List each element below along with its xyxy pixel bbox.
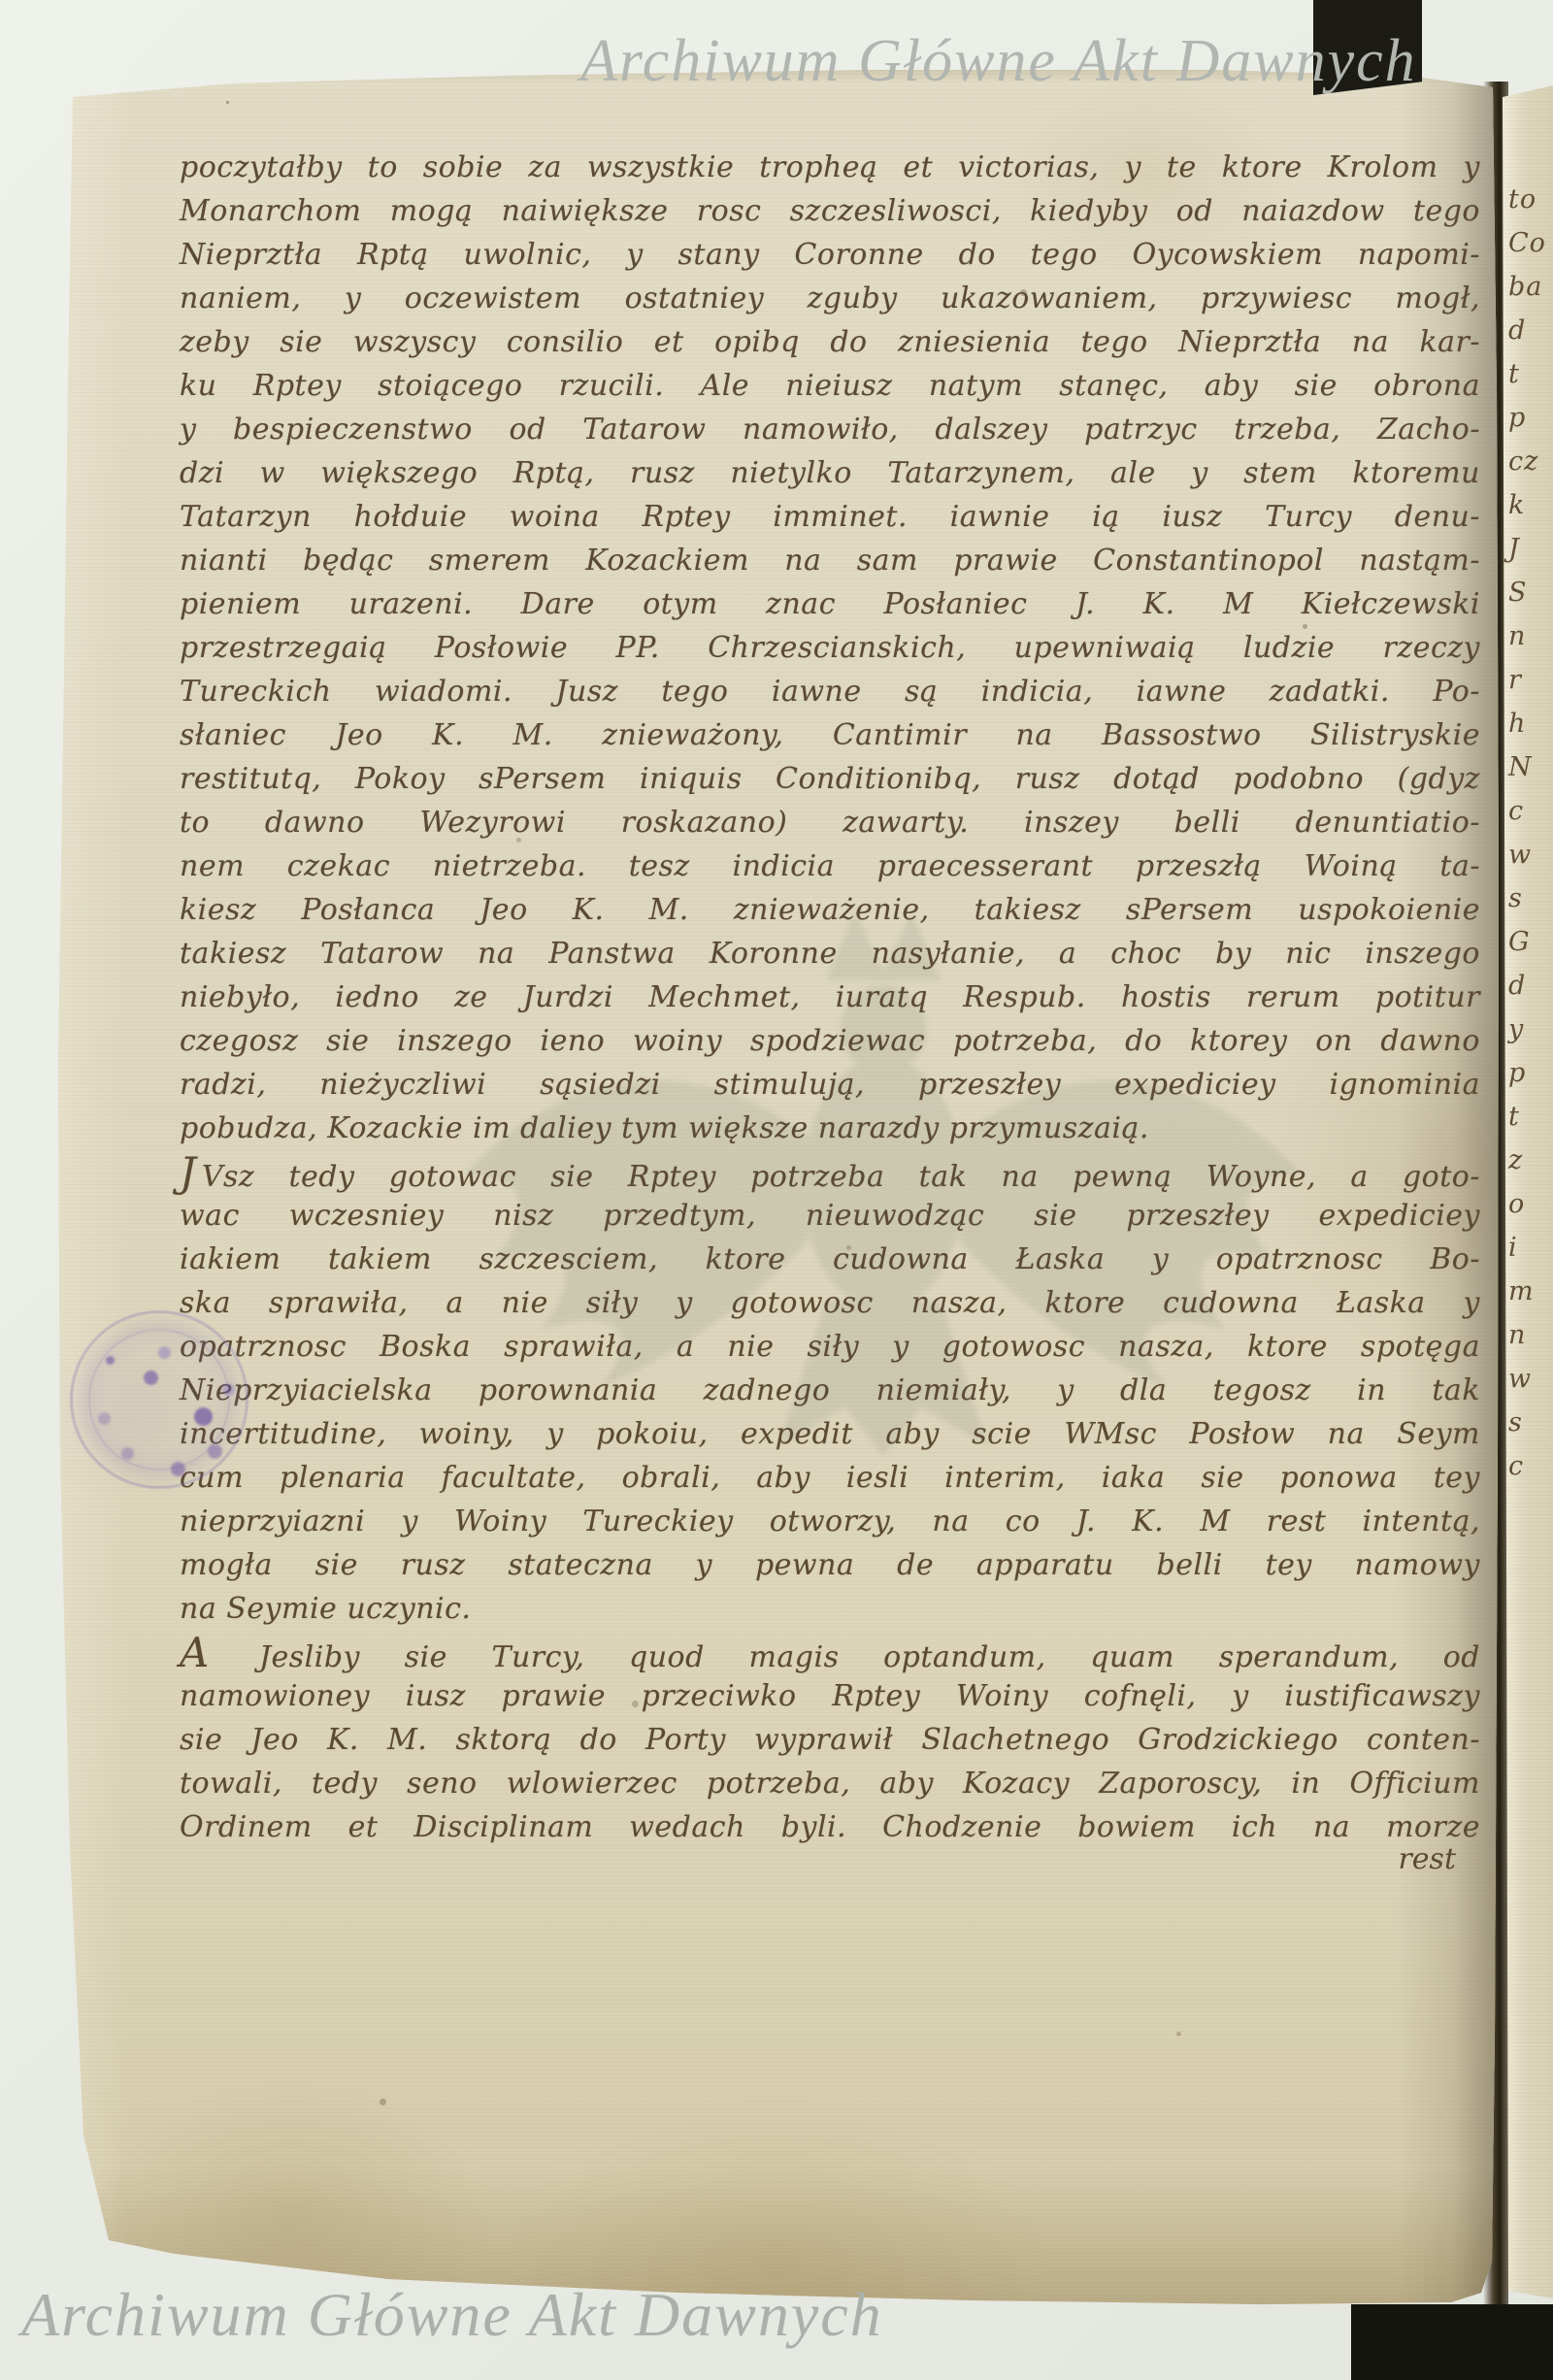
manuscript-line: niebyło, iedno ze Jurdzi Mechmet, iuratq… — [180, 975, 1480, 1019]
manuscript-page: poczytałby to sobie za wszystkie tropheą… — [0, 0, 1553, 2380]
manuscript-line: y bespieczenstwo od Tatarow namowiło, da… — [180, 408, 1480, 451]
adjacent-line-fragment: p — [1508, 403, 1526, 433]
scan-canvas: poczytałby to sobie za wszystkie tropheą… — [0, 0, 1553, 2380]
manuscript-line: takiesz Tatarow na Panstwa Koronne nasył… — [180, 932, 1480, 975]
manuscript-line: towali, tedy seno wlowierzec potrzeba, a… — [180, 1762, 1480, 1805]
manuscript-line: Tatarzyn hołduie woina Rptey imminet. ia… — [180, 495, 1480, 539]
adjacent-line-fragment: h — [1508, 709, 1526, 739]
adjacent-line-fragment: i — [1508, 1233, 1518, 1263]
adjacent-line-fragment: z — [1508, 1145, 1523, 1175]
manuscript-line: dzi w większego Rptą, rusz nietylko Tata… — [180, 451, 1480, 495]
manuscript-line: pieniem urazeni. Dare otym znac Posłanie… — [180, 582, 1480, 626]
adjacent-line-fragment: y — [1508, 1014, 1524, 1044]
adjacent-line-fragment: ba — [1508, 272, 1542, 302]
manuscript-line: sie Jeo K. M. sktorą do Porty wyprawił S… — [180, 1718, 1480, 1762]
adjacent-line-fragment: t — [1508, 1102, 1520, 1132]
manuscript-line: nem czekac nietrzeba. tesz indicia praec… — [180, 844, 1480, 888]
manuscript-line: Nieprzyiacielska porownania zadnego niem… — [180, 1369, 1480, 1412]
catchword: rest — [1301, 1842, 1456, 1876]
manuscript-line: iakiem takiem szczesciem, ktore cudowna … — [180, 1238, 1480, 1281]
manuscript-line: kiesz Posłanca Jeo K. M. znieważenie, ta… — [180, 888, 1480, 932]
manuscript-line: Monarchom mogą naiwiększe rosc szczesliw… — [180, 189, 1480, 233]
manuscript-line: słaniec Jeo K. M. znieważony, Cantimir n… — [180, 713, 1480, 757]
adjacent-line-fragment: n — [1508, 1320, 1526, 1350]
adjacent-line-fragment: Co — [1508, 228, 1546, 258]
adjacent-line-fragment: o — [1508, 1189, 1525, 1219]
manuscript-line: pobudza, Kozackie im daliey tym większe … — [180, 1107, 1480, 1150]
manuscript-line: wac wczesniey nisz przedtym, nieuwodząc … — [180, 1194, 1480, 1238]
adjacent-page-edge: toCobadtpczkJSnrhNcwsGdyptzoimnwsc — [1503, 85, 1553, 2298]
adjacent-line-fragment: d — [1508, 971, 1526, 1001]
adjacent-line-fragment: c — [1508, 796, 1524, 826]
adjacent-line-fragment: s — [1508, 883, 1523, 913]
manuscript-line: restitutq, Pokoy sPersem iniquis Conditi… — [180, 757, 1480, 801]
manuscript-line: opatrznosc Boska sprawiła, a nie siły y … — [180, 1325, 1480, 1369]
calibration-strip-top — [1313, 0, 1422, 95]
archival-stamp — [70, 1310, 248, 1489]
manuscript-line: radzi, nieżyczliwi sąsiedzi stimulują, p… — [180, 1063, 1480, 1107]
adjacent-line-fragment: J — [1508, 534, 1520, 564]
manuscript-line: naniem, y oczewistem ostatniey zguby uka… — [180, 277, 1480, 320]
page-top-edge-shadow — [58, 58, 1504, 83]
adjacent-line-fragment: m — [1508, 1276, 1535, 1306]
archival-stamp-inner-ring — [88, 1329, 230, 1471]
paper-specks — [226, 101, 229, 104]
manuscript-line: to dawno Wezyrowi roskazano) zawarty. in… — [180, 801, 1480, 844]
archival-stamp-ink-spots — [106, 1356, 115, 1365]
adjacent-line-fragment: w — [1508, 1364, 1532, 1394]
adjacent-line-fragment: k — [1508, 490, 1525, 520]
manuscript-line: incertitudine, woiny, y pokoiu, expedit … — [180, 1412, 1480, 1456]
adjacent-line-fragment: n — [1508, 621, 1526, 651]
manuscript-line: namowioney iusz prawie przeciwko Rptey W… — [180, 1674, 1480, 1718]
adjacent-line-fragment: G — [1508, 927, 1531, 957]
manuscript-line: JVsz tedy gotowac sie Rptey potrzeba tak… — [180, 1150, 1480, 1194]
manuscript-line: nianti będąc smerem Kozackiem na sam pra… — [180, 539, 1480, 582]
adjacent-line-fragment: s — [1508, 1407, 1523, 1438]
manuscript-line: ku Rptey stoiącego rzucili. Ale nieiusz … — [180, 364, 1480, 408]
manuscript-line: poczytałby to sobie za wszystkie tropheą… — [180, 146, 1480, 189]
adjacent-line-fragment: r — [1508, 665, 1522, 695]
manuscript-line: czegosz sie inszego ieno woiny spodziewa… — [180, 1019, 1480, 1063]
manuscript-line: nieprzyiazni y Woiny Tureckiey otworzy, … — [180, 1500, 1480, 1543]
manuscript-line: ska sprawiła, a nie siły y gotowosc nasz… — [180, 1281, 1480, 1325]
adjacent-line-fragment: d — [1508, 315, 1526, 346]
manuscript-line: na Seymie uczynic. — [180, 1587, 1480, 1631]
manuscript-line: mogła sie rusz stateczna y pewna de appa… — [180, 1543, 1480, 1587]
manuscript-line: A Jesliby sie Turcy, quod magis optandum… — [180, 1631, 1480, 1674]
adjacent-line-fragment: c — [1508, 1451, 1524, 1481]
adjacent-line-fragment: N — [1508, 752, 1533, 782]
adjacent-line-fragment: p — [1508, 1058, 1526, 1088]
manuscript-line: Tureckich wiadomi. Jusz tego iawne są in… — [180, 670, 1480, 713]
manuscript-line: Nieprztła Rptą uwolnic, y stany Coronne … — [180, 233, 1480, 277]
manuscript-line: Ordinem et Disciplinam wedach byli. Chod… — [180, 1805, 1480, 1849]
manuscript-line: przestrzegaią Posłowie PP. Chrzescianski… — [180, 626, 1480, 670]
manuscript-line: zeby sie wszyscy consilio et opibq do zn… — [180, 320, 1480, 364]
adjacent-line-fragment: t — [1508, 359, 1520, 389]
adjacent-line-fragment: cz — [1508, 446, 1538, 477]
adjacent-line-fragment: S — [1508, 578, 1528, 608]
calibration-strip-bottom — [1351, 2304, 1553, 2380]
adjacent-line-fragment: w — [1508, 840, 1532, 870]
manuscript-line: cum plenaria facultate, obrali, aby iesl… — [180, 1456, 1480, 1500]
adjacent-line-fragment: to — [1508, 184, 1536, 215]
manuscript-text-block: poczytałby to sobie za wszystkie tropheą… — [180, 146, 1480, 1849]
